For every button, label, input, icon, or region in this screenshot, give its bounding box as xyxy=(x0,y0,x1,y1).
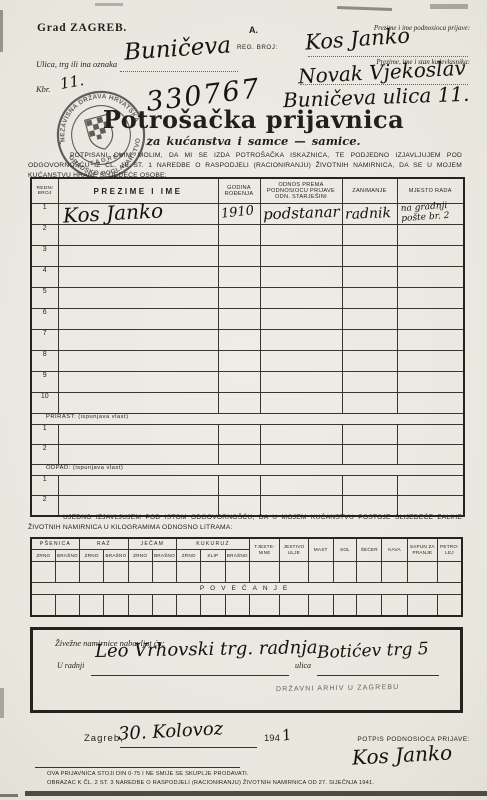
odpad-row: 1 xyxy=(31,476,464,496)
shop-street-underline xyxy=(317,675,439,676)
sub-header-klip: KLIP xyxy=(201,550,225,562)
group-header-raž: RAŽ xyxy=(80,538,129,550)
member-cell-relation xyxy=(260,393,342,414)
member-cell-occupation xyxy=(342,351,397,372)
supplies-value-cell xyxy=(308,595,333,617)
handwritten-entry-relation: podstanar xyxy=(262,203,339,224)
supplies-value-cell xyxy=(80,595,104,617)
supplies-value-cell xyxy=(357,595,382,617)
member-cell-workplace xyxy=(397,372,464,393)
supplies-value-cell xyxy=(55,562,79,583)
scan-edge-bar xyxy=(0,794,18,797)
member-cell-relation xyxy=(260,267,342,288)
prirast-row: 1 xyxy=(31,425,464,445)
prirast-band-label: PRIRAST: (ispunjava vlast) xyxy=(31,414,464,425)
footnote-rule xyxy=(35,767,240,768)
member-cell-name: Kos Janko xyxy=(58,204,218,225)
member-cell-name xyxy=(58,288,218,309)
member-cell-relation xyxy=(260,246,342,267)
member-cell-year xyxy=(218,330,260,351)
member-cell-year xyxy=(218,246,260,267)
supplies-value-cell xyxy=(438,562,462,583)
supplies-value-cell xyxy=(333,562,356,583)
sub-header-zrno: ZRNO xyxy=(31,550,55,562)
supplies-value-cell xyxy=(308,562,333,583)
supplies-value-cell xyxy=(152,595,176,617)
member-cell-occupation xyxy=(342,246,397,267)
member-cell-occupation xyxy=(342,393,397,414)
member-cell-num: 9 xyxy=(31,372,58,393)
member-cell-year xyxy=(218,267,260,288)
prirast-cell: 2 xyxy=(31,445,58,465)
member-row: 7 xyxy=(31,330,464,351)
member-cell-relation xyxy=(260,309,342,330)
scan-artifact xyxy=(337,6,392,11)
odpad-cell xyxy=(218,476,260,496)
prirast-band-row: PRIRAST: (ispunjava vlast) xyxy=(31,414,464,425)
handwritten-entry-workplace: na gradnji pošte br. 2 xyxy=(400,200,463,225)
supplies-value-cell xyxy=(407,562,437,583)
member-cell-name xyxy=(58,372,218,393)
prirast-cell xyxy=(397,425,464,445)
scanned-form-page: Grad ZAGREB. Ulica, trg ili ina oznaka B… xyxy=(0,0,487,800)
prirast-cell xyxy=(397,445,464,465)
member-cell-year xyxy=(218,225,260,246)
member-cell-workplace xyxy=(397,288,464,309)
member-cell-num: 6 xyxy=(31,309,58,330)
single-header: KAVA xyxy=(382,538,407,562)
member-row: 5 xyxy=(31,288,464,309)
odpad-cell xyxy=(342,476,397,496)
footnote-line-1: OVA PRIJAVNICA STOJI DIN 0·75 I NE SMIJE… xyxy=(47,771,249,777)
prirast-cell xyxy=(342,425,397,445)
shop-field-label: U radnji xyxy=(57,661,84,670)
member-row: 6 xyxy=(31,309,464,330)
member-cell-occupation xyxy=(342,225,397,246)
scan-artifact xyxy=(0,10,3,52)
supplies-value-cell xyxy=(225,595,249,617)
supplies-value-cell xyxy=(104,595,128,617)
column-header-birth-year: GODINA ROĐENJA xyxy=(218,178,260,204)
odpad-band-label: ODPAD: (ispunjava vlast) xyxy=(31,465,464,476)
sub-header-zrno: ZRNO xyxy=(177,550,201,562)
member-cell-occupation xyxy=(342,288,397,309)
member-cell-name xyxy=(58,393,218,414)
section-letter: A. xyxy=(249,25,258,35)
scan-artifact xyxy=(95,3,123,6)
member-cell-workplace xyxy=(397,309,464,330)
member-cell-num: 7 xyxy=(31,330,58,351)
members-table-body: 1Kos Janko1910podstanarradnikna gradnji … xyxy=(31,204,464,517)
odpad-cell: 1 xyxy=(31,476,58,496)
single-header: SAPUN ZA PRANJE xyxy=(407,538,437,562)
member-row: 1Kos Janko1910podstanarradnikna gradnji … xyxy=(31,204,464,225)
sub-header-brašno: BRAŠNO xyxy=(152,550,176,562)
year-printed: 194 xyxy=(264,733,280,744)
prirast-cell xyxy=(342,445,397,465)
column-header-relation: ODNOS PREMA PODNOSIOCU PRIJAVE ODN. STAR… xyxy=(260,178,342,204)
member-cell-year xyxy=(218,351,260,372)
handwritten-entry-name: Kos Janko xyxy=(62,198,163,227)
supplies-value-cell xyxy=(357,562,382,583)
column-header-occupation: ZANIMANJE xyxy=(342,178,397,204)
member-cell-relation xyxy=(260,351,342,372)
odpad-cell xyxy=(260,476,342,496)
supplies-value-cell xyxy=(104,562,128,583)
member-cell-year xyxy=(218,393,260,414)
supplies-value-cell xyxy=(128,595,152,617)
member-row: 2 xyxy=(31,225,464,246)
registration-number-label: REG. BROJ: xyxy=(237,44,278,51)
handwritten-entry-occupation: radnik xyxy=(344,205,391,223)
member-cell-name xyxy=(58,246,218,267)
single-header: ŠEĆER xyxy=(357,538,382,562)
supplies-body: POVEĆANJE xyxy=(31,562,462,617)
supplies-increase-row: POVEĆANJE xyxy=(31,583,462,595)
member-row: 8 xyxy=(31,351,464,372)
city-heading: Grad ZAGREB. xyxy=(37,22,127,34)
member-cell-workplace xyxy=(397,393,464,414)
member-cell-year: 1910 xyxy=(218,204,260,225)
member-cell-num: 3 xyxy=(31,246,58,267)
member-cell-num: 1 xyxy=(31,204,58,225)
scan-edge-bar xyxy=(25,791,487,796)
member-row: 3 xyxy=(31,246,464,267)
household-members-table: REDNI BROJ PREZIME I IME GODINA ROĐENJA … xyxy=(30,177,465,517)
supplies-value-cell xyxy=(177,562,201,583)
member-cell-occupation xyxy=(342,267,397,288)
prirast-cell xyxy=(260,445,342,465)
supplies-value-cell xyxy=(382,562,407,583)
member-cell-workplace xyxy=(397,225,464,246)
supplies-value-cell xyxy=(382,595,407,617)
member-cell-relation xyxy=(260,225,342,246)
member-cell-name xyxy=(58,330,218,351)
date-handwritten-value: 30. Kolovoz xyxy=(118,718,224,744)
single-header: SOL xyxy=(333,538,356,562)
member-cell-num: 10 xyxy=(31,393,58,414)
archive-stamp-text: DRŽAVNI ARHIV U ZAGREBU xyxy=(276,684,400,693)
supplies-value-cell xyxy=(333,595,356,617)
supplies-value-cell xyxy=(280,562,308,583)
supplies-head: PŠENICARAŽJEČAMKUKURUZTJESTE-NINEJESTIVO… xyxy=(31,538,462,562)
supplies-value-cell xyxy=(80,562,104,583)
column-header-row-number: REDNI BROJ xyxy=(31,178,58,204)
year-handwritten-digit: 1 xyxy=(280,725,293,745)
sub-header-brašno: BRAŠNO xyxy=(104,550,128,562)
member-row: 4 xyxy=(31,267,464,288)
shop-declaration-box: Živežne namirnice nabavljat ću: U radnji… xyxy=(30,627,463,713)
prirast-cell xyxy=(260,425,342,445)
handwritten-entry-year: 1910 xyxy=(220,203,254,221)
member-cell-num: 5 xyxy=(31,288,58,309)
street-handwritten-value: Buničeva xyxy=(123,32,232,65)
member-cell-year xyxy=(218,309,260,330)
member-cell-workplace xyxy=(397,267,464,288)
sub-header-brašno: BRAŠNO xyxy=(225,550,249,562)
member-cell-name xyxy=(58,267,218,288)
member-cell-name xyxy=(58,225,218,246)
form-subtitle: za kućanstva i samce — samice. xyxy=(30,134,477,148)
member-cell-relation xyxy=(260,372,342,393)
member-row: 10 xyxy=(31,393,464,414)
group-header-kukuruz: KUKURUZ xyxy=(177,538,250,550)
supplies-value-cell xyxy=(225,562,249,583)
single-header: PETRO-LEJ xyxy=(438,538,462,562)
sub-header-brašno: BRAŠNO xyxy=(55,550,79,562)
scan-artifact xyxy=(430,4,468,9)
prirast-cell xyxy=(218,425,260,445)
single-header: JESTIVO ULJE xyxy=(280,538,308,562)
increase-label-cell: POVEĆANJE xyxy=(31,583,462,595)
member-cell-occupation xyxy=(342,372,397,393)
prirast-cell xyxy=(218,445,260,465)
single-header: TJESTE-NINE xyxy=(249,538,279,562)
member-cell-year xyxy=(218,372,260,393)
prirast-cell xyxy=(58,445,218,465)
street-field-label: Ulica, trg ili ina oznaka xyxy=(36,59,117,69)
single-header: MAST xyxy=(308,538,333,562)
footnote-line-2: OBRAZAC K ČL. 2 ST. 3 NAREDBE O RASPODJE… xyxy=(47,780,374,786)
supplies-value-cell xyxy=(249,595,279,617)
supplies-value-cell xyxy=(128,562,152,583)
sub-header-zrno: ZRNO xyxy=(80,550,104,562)
group-header-ječam: JEČAM xyxy=(128,538,177,550)
signature-handwritten: Kos Janko xyxy=(351,740,452,769)
member-cell-relation xyxy=(260,330,342,351)
member-cell-relation: podstanar xyxy=(260,204,342,225)
supplies-empty-row xyxy=(31,595,462,617)
member-cell-name xyxy=(58,309,218,330)
prirast-cell xyxy=(58,425,218,445)
supplies-value-cell xyxy=(31,595,55,617)
supplies-value-cell xyxy=(438,595,462,617)
member-cell-num: 2 xyxy=(31,225,58,246)
shop-underline xyxy=(91,675,289,676)
odpad-cell xyxy=(397,476,464,496)
member-cell-workplace xyxy=(397,351,464,372)
supplies-value-cell xyxy=(407,595,437,617)
supplies-group-header-row: PŠENICARAŽJEČAMKUKURUZTJESTE-NINEJESTIVO… xyxy=(31,538,462,550)
member-cell-num: 8 xyxy=(31,351,58,372)
shop-street-label: ulica xyxy=(295,661,311,670)
odpad-band-row: ODPAD: (ispunjava vlast) xyxy=(31,465,464,476)
sub-header-zrno: ZRNO xyxy=(128,550,152,562)
member-cell-name xyxy=(58,351,218,372)
member-cell-workplace xyxy=(397,330,464,351)
date-underline xyxy=(120,747,257,748)
group-header-pšenica: PŠENICA xyxy=(31,538,80,550)
applicant-handwritten-name: Kos Janko xyxy=(304,23,410,54)
member-cell-workplace: na gradnji pošte br. 2 xyxy=(397,204,464,225)
supplies-declaration-paragraph: UJEDNO IZJAVLJUJEM POD ISTOM ODGOVORNOŠĆ… xyxy=(28,513,462,533)
supplies-value-cell xyxy=(55,595,79,617)
supplies-value-cell xyxy=(280,595,308,617)
odpad-cell xyxy=(58,476,218,496)
scan-artifact xyxy=(0,688,4,718)
supplies-empty-row xyxy=(31,562,462,583)
member-row: 9 xyxy=(31,372,464,393)
member-cell-occupation xyxy=(342,330,397,351)
prirast-row: 2 xyxy=(31,445,464,465)
supplies-value-cell xyxy=(249,562,279,583)
member-cell-workplace xyxy=(397,246,464,267)
supplies-value-cell xyxy=(31,562,55,583)
supplies-value-cell xyxy=(177,595,201,617)
member-cell-occupation: radnik xyxy=(342,204,397,225)
shop-street-handwritten-value: Botićev trg 5 xyxy=(317,639,429,663)
supplies-value-cell xyxy=(201,595,225,617)
members-header-row: REDNI BROJ PREZIME I IME GODINA ROĐENJA … xyxy=(31,178,464,204)
member-cell-year xyxy=(218,288,260,309)
supplies-value-cell xyxy=(152,562,176,583)
supplies-value-cell xyxy=(201,562,225,583)
prirast-cell: 1 xyxy=(31,425,58,445)
member-cell-occupation xyxy=(342,309,397,330)
food-supplies-table: PŠENICARAŽJEČAMKUKURUZTJESTE-NINEJESTIVO… xyxy=(30,537,463,617)
form-title: Potrošačka prijavnica xyxy=(30,105,477,134)
member-cell-num: 4 xyxy=(31,267,58,288)
shop-handwritten-value: Leo Vrhovski trg. radnja xyxy=(95,637,318,662)
member-cell-relation xyxy=(260,288,342,309)
